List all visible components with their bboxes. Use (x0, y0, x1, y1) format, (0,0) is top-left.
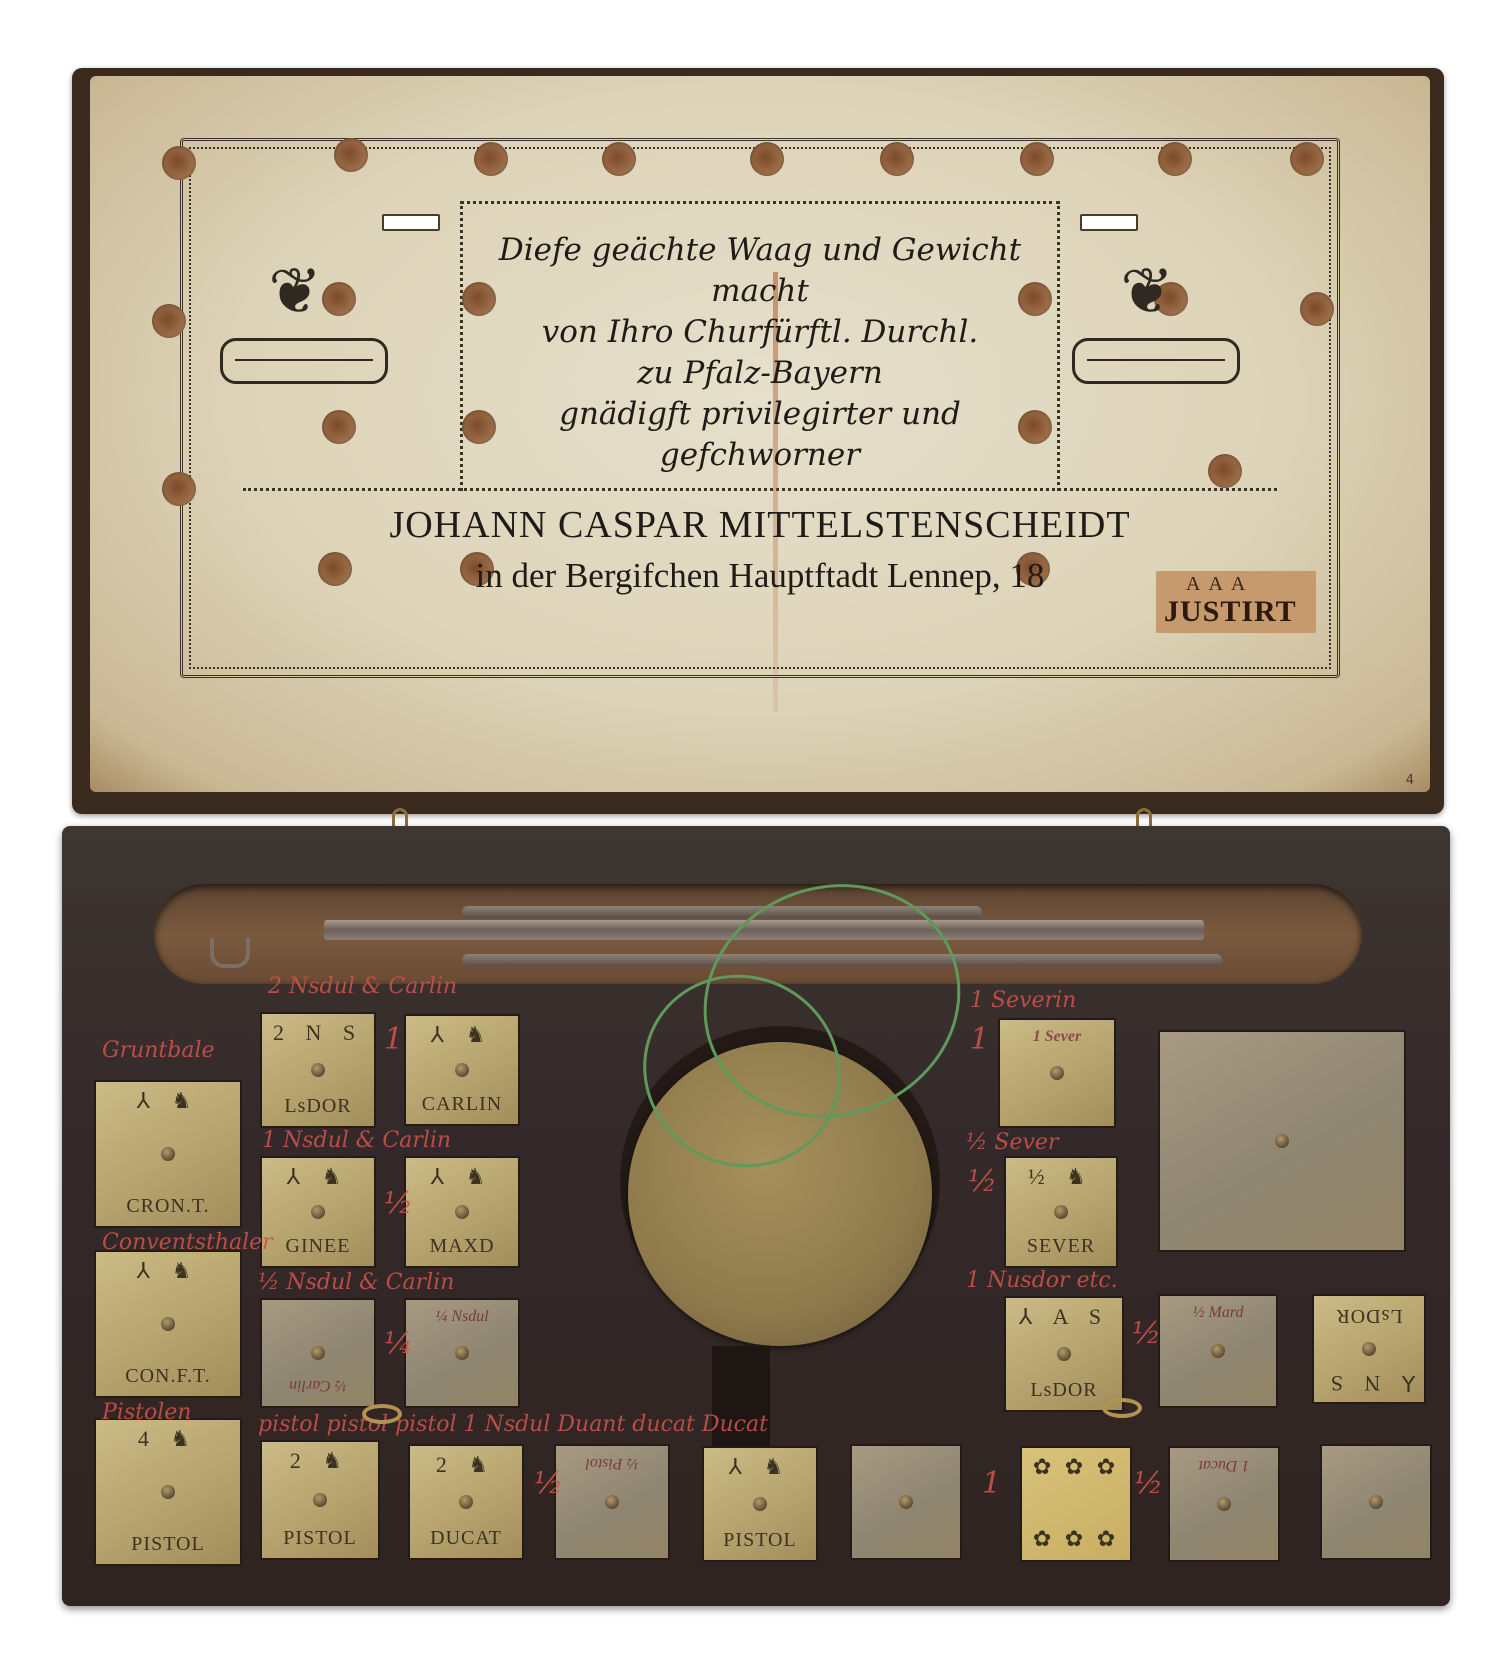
weight-maxd[interactable]: ⅄ ♞ MAXD (404, 1156, 520, 1268)
weight-large-plate[interactable] (1158, 1030, 1406, 1252)
weight-blank-ducat[interactable] (850, 1444, 962, 1560)
weight-half-ducat[interactable] (1320, 1444, 1432, 1560)
ink-label-1nsdul-carlin: 1 Nsdul & Carlin (262, 1128, 451, 1153)
label-line-1: Diefe geächte Waag und Gewicht (470, 230, 1050, 271)
weight-carlin[interactable]: ⅄ ♞ CARLIN (404, 1014, 520, 1126)
ink-fraction: ½ (384, 1186, 413, 1221)
ink-label-pistol-ducat-row: pistol pistol pistol 1 Nsdul Duant ducat… (258, 1412, 768, 1437)
peg-hole (1290, 142, 1324, 176)
box-lid: ❦ ❦ Diefe geächte Waag und Gewicht macht… (72, 68, 1444, 814)
weight-knob (1054, 1205, 1068, 1219)
peg-hole (152, 304, 186, 338)
weight-knob (1050, 1066, 1064, 1080)
peg-hole (322, 282, 356, 316)
weight-knob (899, 1495, 913, 1509)
label-line-4: zu Pfalz-Bayern (470, 353, 1050, 394)
weight-inverted-lsdor[interactable]: LsDOR ⅄ N S (1312, 1294, 1426, 1404)
beam-hook-left (210, 938, 250, 968)
scroll-ornament-left: ❦ (268, 252, 322, 332)
weight-knob (455, 1205, 469, 1219)
ink-fraction: ½ (1132, 1316, 1161, 1351)
weight-2-pistol[interactable]: 2 ♞ PISTOL (260, 1440, 380, 1560)
label-line-5: gnädigft privilegirter und (470, 394, 1050, 435)
peg-hole (602, 142, 636, 176)
weight-knob (459, 1495, 473, 1509)
ink-fraction: 1 (384, 1022, 403, 1057)
weight-half-pistol[interactable]: ½ Pistol (554, 1444, 670, 1560)
weight-quarter-nsdul[interactable]: ¼ Nsdul (404, 1298, 520, 1408)
ink-fraction: ½ (534, 1466, 563, 1501)
weight-knob (753, 1497, 767, 1511)
beam-slot-right (1080, 214, 1138, 231)
blank-cartouche-left (220, 338, 388, 384)
weight-knob (311, 1205, 325, 1219)
ink-label-1-severin: 1 Severin (970, 988, 1076, 1013)
peg-hole (880, 142, 914, 176)
weight-knob (1275, 1134, 1289, 1148)
weight-knob (455, 1063, 469, 1077)
weight-knob (313, 1493, 327, 1507)
ink-fraction: 1 (970, 1022, 989, 1057)
weight-knob (1057, 1347, 1071, 1361)
ink-label-2nsdul-carlin: 2 Nsdul & Carlin (268, 974, 457, 999)
stamp-crowns: AAA (1186, 573, 1253, 596)
ink-label-pistolen: Pistolen (102, 1400, 191, 1425)
weight-knob (455, 1346, 469, 1360)
beam-slot-left (382, 214, 440, 231)
peg-hole (750, 142, 784, 176)
lift-ring-left[interactable] (362, 1404, 402, 1424)
weight-half-carlin[interactable]: ½ Carlin (260, 1298, 376, 1408)
peg-hole (322, 410, 356, 444)
box-base: ⅄ ♞ CRON.T. ⅄ ♞ CON.F.T. 4 ♞ PISTOL 2 N … (62, 826, 1450, 1606)
ink-label-conventsthaler: Conventsthaler (102, 1230, 273, 1255)
weight-1-ducat[interactable]: 1 Ducat (1168, 1446, 1280, 1562)
label-line-2: macht (470, 271, 1050, 312)
weight-knob (311, 1346, 325, 1360)
weight-knob (311, 1063, 325, 1077)
weight-knob (161, 1317, 175, 1331)
justirt-stamp: AAA JUSTIRT (1156, 571, 1316, 633)
ink-label-gruntbale: Gruntbale (102, 1038, 215, 1063)
ink-label-half-sever: ½ Sever (966, 1130, 1058, 1155)
blank-cartouche-right (1072, 338, 1240, 384)
weight-1as-lsdor[interactable]: ⅄ A S LsDOR (1004, 1296, 1124, 1412)
printed-label-paper: ❦ ❦ Diefe geächte Waag und Gewicht macht… (90, 76, 1430, 792)
label-line-3: von Ihro Churfürftl. Durchl. (470, 312, 1050, 353)
weight-knob (1362, 1342, 1376, 1356)
ink-fraction: ¼ (384, 1326, 413, 1361)
weight-half-sever[interactable]: ½ ♞ SEVER (1004, 1156, 1118, 1268)
weight-knob (161, 1147, 175, 1161)
weight-knob (1217, 1497, 1231, 1511)
peg-hole (1300, 292, 1334, 326)
weight-4-pistol[interactable]: 4 ♞ PISTOL (94, 1418, 242, 1566)
stamp-text: JUSTIRT (1164, 595, 1297, 629)
weight-1-pistol[interactable]: ⅄ ♞ PISTOL (702, 1446, 818, 1562)
weight-knob (1369, 1495, 1383, 1509)
weight-2-ducat[interactable]: 2 ♞ DUCAT (408, 1444, 524, 1560)
ink-fraction: ½ (968, 1164, 997, 1199)
weight-knob (1211, 1344, 1225, 1358)
peg-hole (474, 142, 508, 176)
label-line-6: gefchworner (470, 435, 1050, 476)
scroll-ornament-right: ❦ (1120, 252, 1174, 332)
peg-hole (334, 138, 368, 172)
maker-name: JOHANN CASPAR MITTELSTENSCHEIDT (320, 503, 1200, 547)
lift-ring-right[interactable] (1102, 1398, 1142, 1418)
maker-place: in der Bergifchen Hauptftadt Lennep, 18 (320, 556, 1200, 596)
weight-half-mard[interactable]: ½ Mard (1158, 1294, 1278, 1408)
weight-cron-t[interactable]: ⅄ ♞ CRON.T. (94, 1080, 242, 1228)
peg-hole (1020, 142, 1054, 176)
peg-hole (1208, 454, 1242, 488)
ink-fraction: ½ (1134, 1466, 1163, 1501)
weight-1-sever[interactable]: 1 Sever (998, 1018, 1116, 1128)
weight-con-f-t[interactable]: ⅄ ♞ CON.F.T. (94, 1250, 242, 1398)
peg-hole (1158, 142, 1192, 176)
weight-knob (605, 1495, 619, 1509)
weight-ginee[interactable]: ⅄ ♞ GINEE (260, 1156, 376, 1268)
ink-fraction: 1 (982, 1466, 1001, 1501)
weight-2ns-lsdor[interactable]: 2 N S LsDOR (260, 1012, 376, 1128)
weight-rosette-ducat[interactable]: ✿ ✿ ✿ ✿ ✿ ✿ (1020, 1446, 1132, 1562)
ink-label-half-nsdul-carlin: ½ Nsdul & Carlin (258, 1270, 454, 1295)
peg-hole (162, 146, 196, 180)
ink-label-1-nusdor: 1 Nusdor etc. (966, 1268, 1118, 1293)
catalog-number: 4 (1406, 773, 1414, 788)
peg-hole (162, 472, 196, 506)
weight-knob (161, 1485, 175, 1499)
